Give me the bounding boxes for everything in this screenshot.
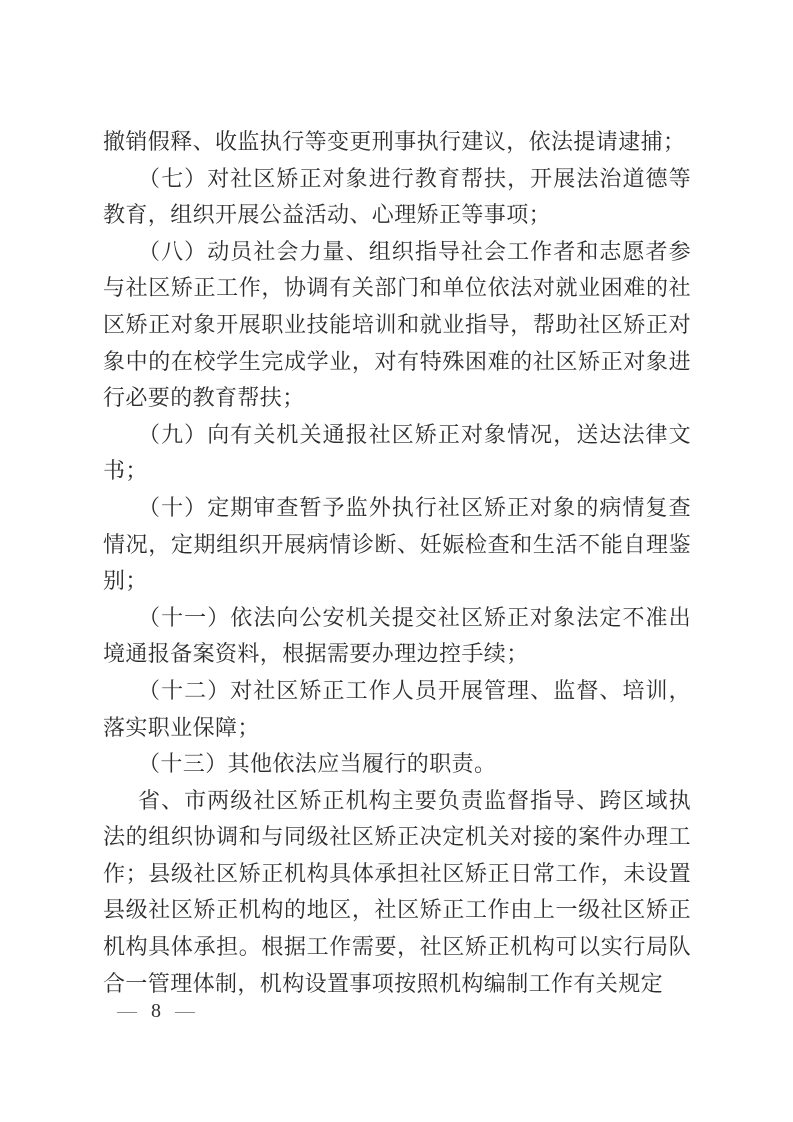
page-number: —8— <box>117 1000 195 1022</box>
page-number-dash-left: — <box>117 1000 137 1022</box>
paragraph-clause-12: （十二）对社区矫正工作人员开展管理、监督、培训，落实职业保障； <box>103 673 691 746</box>
paragraph-clause-13: （十三）其他依法应当履行的职责。 <box>103 746 691 783</box>
document-body: 撤销假释、收监执行等变更刑事执行建议，依法提请逮捕； （七）对社区矫正对象进行教… <box>103 124 691 1002</box>
paragraph-clause-8: （八）动员社会力量、组织指导社会工作者和志愿者参与社区矫正工作，协调有关部门和单… <box>103 234 691 417</box>
page-number-value: 8 <box>151 1000 161 1022</box>
paragraph-clause-7: （七）对社区矫正对象进行教育帮扶，开展法治道德等教育，组织开展公益活动、心理矫正… <box>103 161 691 234</box>
page-number-dash-right: — <box>175 1000 195 1022</box>
paragraph-clause-6-continuation: 撤销假释、收监执行等变更刑事执行建议，依法提请逮捕； <box>103 124 691 161</box>
paragraph-clause-11: （十一）依法向公安机关提交社区矫正对象法定不准出境通报备案资料，根据需要办理边控… <box>103 600 691 673</box>
paragraph-agency-structure: 省、市两级社区矫正机构主要负责监督指导、跨区域执法的组织协调和与同级社区矫正决定… <box>103 783 691 1003</box>
document-page: 撤销假释、收监执行等变更刑事执行建议，依法提请逮捕； （七）对社区矫正对象进行教… <box>0 0 793 1122</box>
paragraph-clause-10: （十）定期审查暂予监外执行社区矫正对象的病情复查情况，定期组织开展病情诊断、妊娠… <box>103 490 691 600</box>
paragraph-clause-9: （九）向有关机关通报社区矫正对象情况，送达法律文书； <box>103 417 691 490</box>
